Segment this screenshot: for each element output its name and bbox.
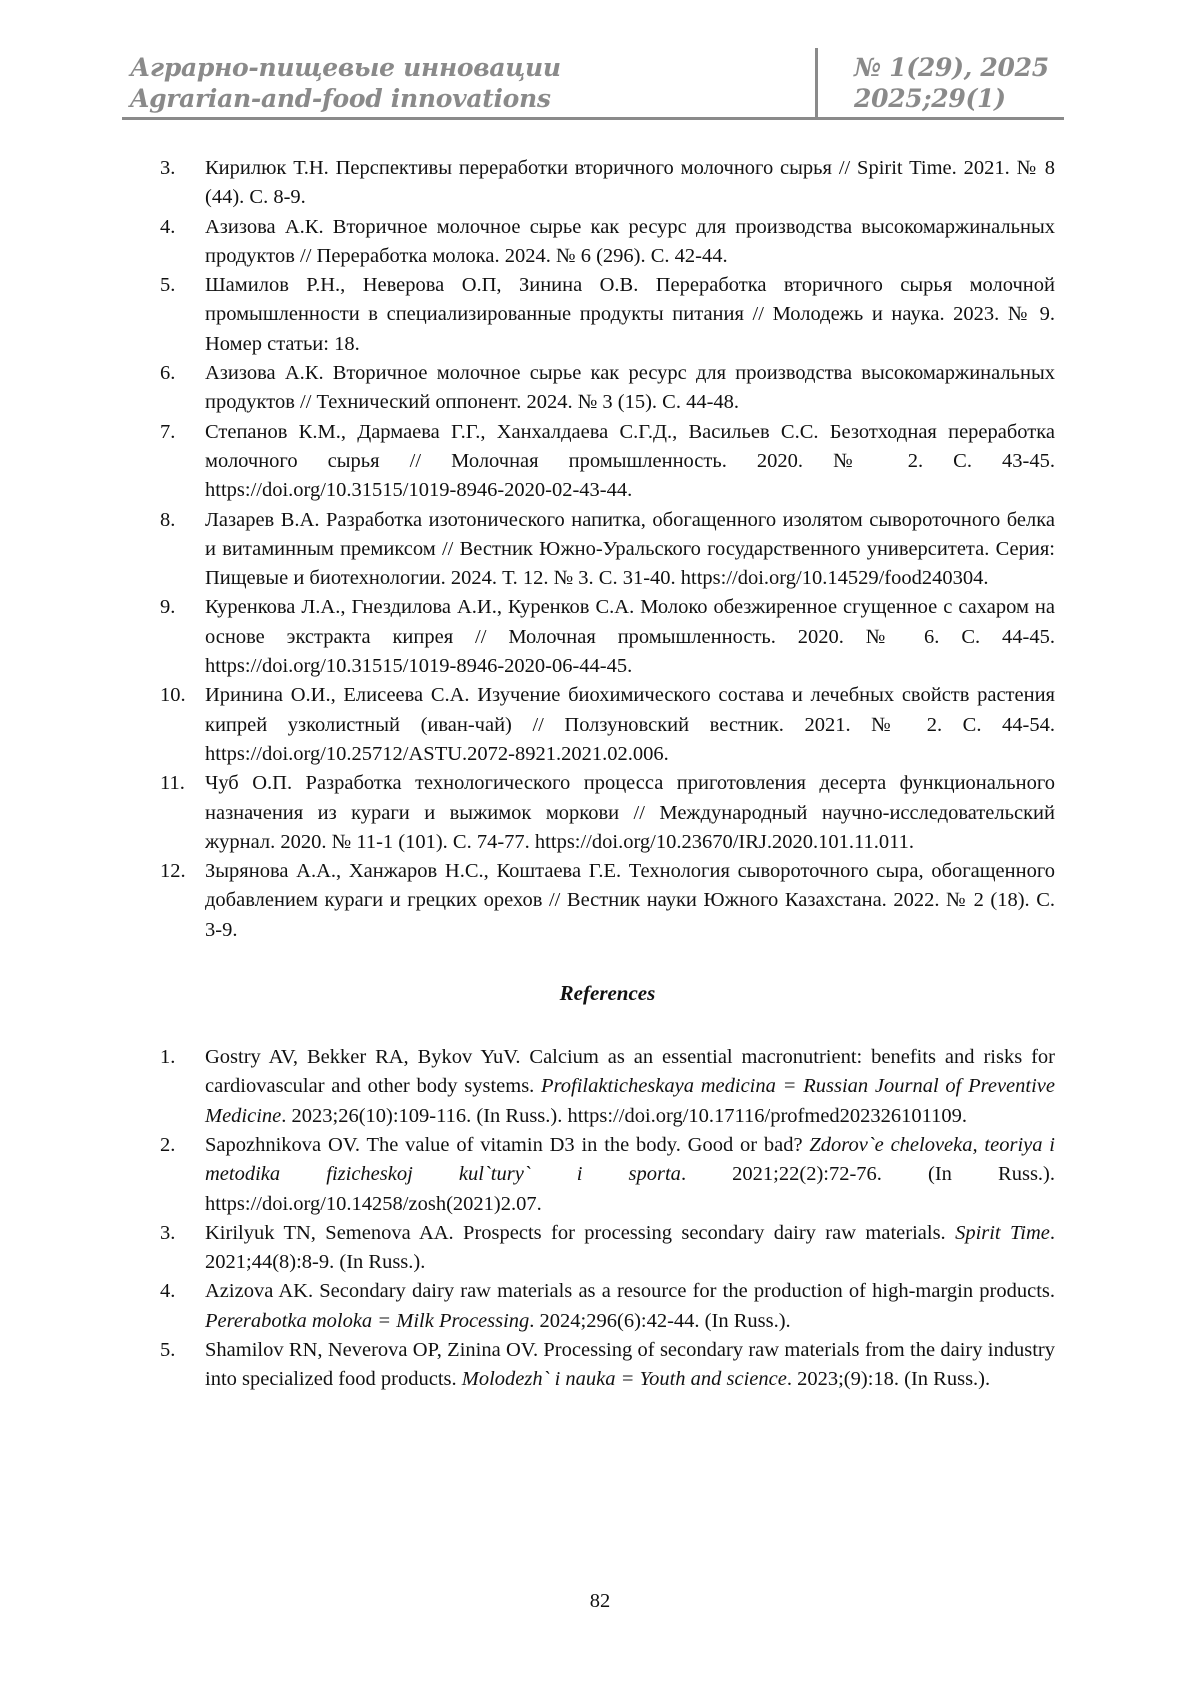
reference-item: 12.Зырянова А.А., Ханжаров Н.С., Коштаев… xyxy=(160,857,1055,945)
reference-details: . 2023;26(10):109-116. (In Russ.). https… xyxy=(281,1105,967,1127)
reference-text: Кирилюк Т.Н. Перспективы переработки вто… xyxy=(205,157,1055,208)
reference-number: 4. xyxy=(160,1277,175,1306)
journal-title-ru: Аграрно-пищевые инновации xyxy=(130,52,830,83)
issue-block: № 1(29), 2025 2025;29(1) xyxy=(842,52,1049,114)
reference-number: 4. xyxy=(160,213,175,242)
reference-text: Степанов К.М., Дармаева Г.Г., Ханхалдаев… xyxy=(205,421,1055,502)
reference-text: Куренкова Л.А., Гнездилова А.И., Куренко… xyxy=(205,596,1055,677)
page-number: 82 xyxy=(0,1590,1200,1613)
header-vertical-divider xyxy=(815,48,818,120)
reference-number: 7. xyxy=(160,418,175,447)
header-horizontal-rule xyxy=(122,117,1064,120)
reference-number: 3. xyxy=(160,1219,175,1248)
reference-journal: Pererabotka moloka = Milk Processing xyxy=(205,1310,529,1332)
reference-number: 5. xyxy=(160,271,175,300)
reference-number: 2. xyxy=(160,1131,175,1160)
reference-journal: Spirit Time xyxy=(955,1222,1050,1244)
running-header: Аграрно-пищевые инновации Agrarian-and-f… xyxy=(122,48,1062,116)
reference-number: 6. xyxy=(160,359,175,388)
reference-text: Azizova AK. Secondary dairy raw material… xyxy=(205,1280,1055,1302)
reference-number: 8. xyxy=(160,506,175,535)
reference-body: 3.Кирилюк Т.Н. Перспективы переработки в… xyxy=(160,154,1055,1395)
reference-item: 2.Sapozhnikova OV. The value of vitamin … xyxy=(160,1131,1055,1219)
russian-reference-list: 3.Кирилюк Т.Н. Перспективы переработки в… xyxy=(160,154,1055,945)
reference-text: Азизова А.К. Вторичное молочное сырье ка… xyxy=(205,216,1055,267)
reference-item: 4.Азизова А.К. Вторичное молочное сырье … xyxy=(160,213,1055,272)
reference-details: . 2024;296(6):42-44. (In Russ.). xyxy=(529,1310,790,1332)
reference-item: 3.Кирилюк Т.Н. Перспективы переработки в… xyxy=(160,154,1055,213)
reference-number: 12. xyxy=(160,857,186,886)
reference-item: 11.Чуб О.П. Разработка технологического … xyxy=(160,769,1055,857)
reference-number: 11. xyxy=(160,769,185,798)
issue-en: 2025;29(1) xyxy=(854,83,1049,114)
reference-text: Kirilyuk TN, Semenova AA. Prospects for … xyxy=(205,1222,955,1244)
english-reference-list: 1.Gostry AV, Bekker RA, Bykov YuV. Calci… xyxy=(160,1043,1055,1395)
reference-text: Шамилов Р.Н., Неверова О.П, Зинина О.В. … xyxy=(205,274,1055,355)
reference-text: Чуб О.П. Разработка технологического про… xyxy=(205,772,1055,853)
reference-item: 3.Kirilyuk TN, Semenova AA. Prospects fo… xyxy=(160,1219,1055,1278)
reference-number: 1. xyxy=(160,1043,175,1072)
reference-item: 9.Куренкова Л.А., Гнездилова А.И., Курен… xyxy=(160,593,1055,681)
issue-ru: № 1(29), 2025 xyxy=(854,52,1049,83)
reference-number: 5. xyxy=(160,1336,175,1365)
reference-number: 9. xyxy=(160,593,175,622)
reference-text: Лазарев В.А. Разработка изотонического н… xyxy=(205,509,1055,590)
reference-text: Иринина О.И., Елисеева С.А. Изучение био… xyxy=(205,684,1055,765)
reference-item: 5.Shamilov RN, Neverova OP, Zinina OV. P… xyxy=(160,1336,1055,1395)
reference-item: 6.Азизова А.К. Вторичное молочное сырье … xyxy=(160,359,1055,418)
journal-title-en: Agrarian-and-food innovations xyxy=(130,83,830,114)
reference-item: 1.Gostry AV, Bekker RA, Bykov YuV. Calci… xyxy=(160,1043,1055,1131)
reference-details: . 2023;(9):18. (In Russ.). xyxy=(787,1368,990,1390)
reference-item: 5.Шамилов Р.Н., Неверова О.П, Зинина О.В… xyxy=(160,271,1055,359)
reference-number: 10. xyxy=(160,681,186,710)
reference-item: 7.Степанов К.М., Дармаева Г.Г., Ханхалда… xyxy=(160,418,1055,506)
reference-text: Азизова А.К. Вторичное молочное сырье ка… xyxy=(205,362,1055,413)
reference-journal: Molodezh` i nauka = Youth and science xyxy=(462,1368,787,1390)
reference-number: 3. xyxy=(160,154,175,183)
reference-item: 8.Лазарев В.А. Разработка изотонического… xyxy=(160,506,1055,594)
journal-title-block: Аграрно-пищевые инновации Agrarian-and-f… xyxy=(130,52,830,114)
references-heading: References xyxy=(160,981,1055,1006)
reference-item: 10.Иринина О.И., Елисеева С.А. Изучение … xyxy=(160,681,1055,769)
reference-item: 4.Azizova AK. Secondary dairy raw materi… xyxy=(160,1277,1055,1336)
reference-text: Sapozhnikova OV. The value of vitamin D3… xyxy=(205,1134,809,1156)
reference-text: Зырянова А.А., Ханжаров Н.С., Коштаева Г… xyxy=(205,860,1055,941)
